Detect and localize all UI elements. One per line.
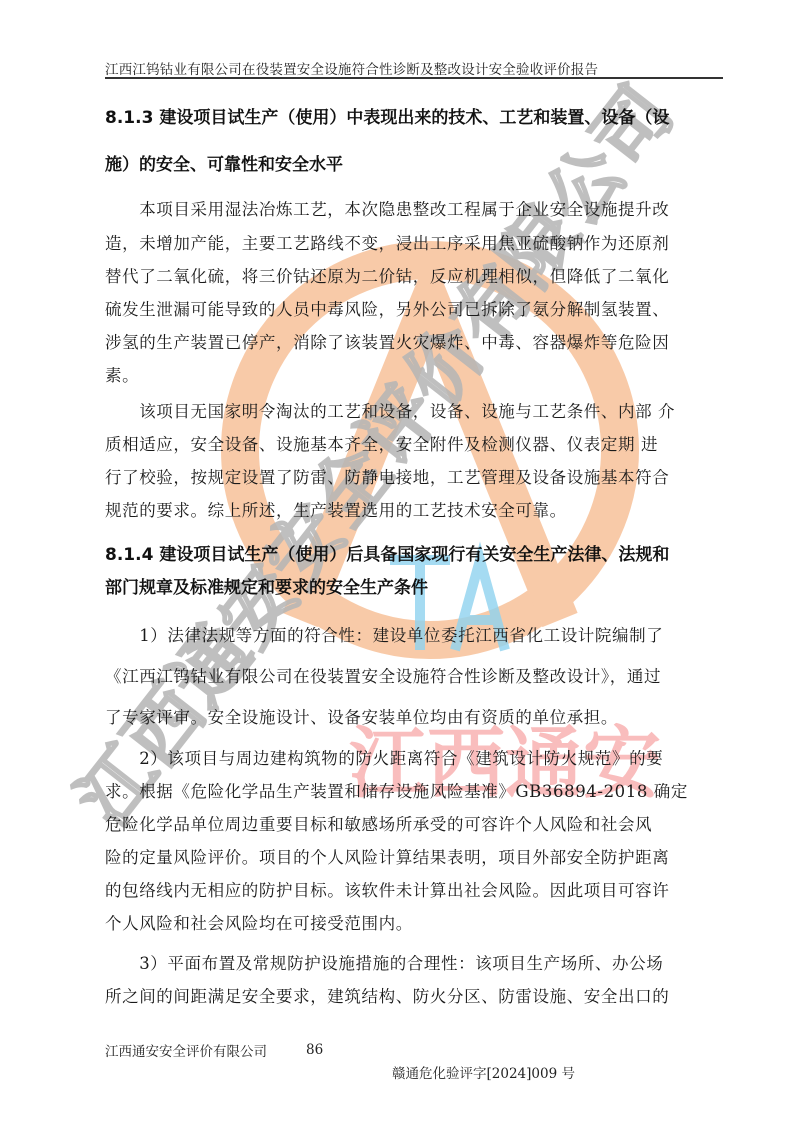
paragraph-line: 替代了二氧化硫，将三价钴还原为二价钴，反应机理相似，但降低了二氧化 — [105, 263, 725, 287]
document-page: 江西通安 江西通安安全评价有限公司 江西江钨钴业有限公司在役装置安全设施符合性诊… — [0, 0, 800, 1131]
section-813-heading-line-2: 施）的安全、可靠性和安全水平 — [105, 150, 725, 175]
running-header: 江西江钨钴业有限公司在役装置安全设施符合性诊断及整改设计安全验收评价报告 — [105, 58, 723, 78]
list-item-line: 《江西江钨钴业有限公司在役装置安全设施符合性诊断及整改设计》，通过 — [105, 663, 725, 687]
list-item-line: 险的定量风险评价。项目的个人风险计算结果表明，项目外部安全防护距离 — [105, 844, 725, 868]
list-item-line: 3）平面布置及常规防护设施措施的合理性：该项目生产场所、办公场 — [105, 950, 725, 974]
page-content: 江西江钨钴业有限公司在役装置安全设施符合性诊断及整改设计安全验收评价报告 8.1… — [0, 0, 800, 1131]
paragraph-line: 硫发生泄漏可能导致的人员中毒风险，另外公司已拆除了氨分解制氢装置、 — [105, 296, 725, 320]
section-814-heading-line-2: 部门规章及标准规定和要求的安全生产条件 — [105, 573, 725, 598]
list-item-line: 1）法律法规等方面的符合性：建设单位委托江西省化工设计院编制了 — [105, 622, 725, 646]
list-item-line: 所之间的间距满足安全要求，建筑结构、防火分区、防雷设施、安全出口的 — [105, 983, 725, 1007]
list-item-line: 求。根据《危险化学品生产装置和储存设施风险基准》GB36894-2018 确定 — [105, 778, 725, 802]
paragraph-line: 质相适应，安全设备、设施基本齐全，安全附件及检测仪器、仪表定期 进 — [105, 431, 725, 455]
footer-doc-number: 赣通危化验评字[2024]009 号 — [392, 1062, 575, 1082]
list-item-line: 的包络线内无相应的防护目标。该软件未计算出社会风险。因此项目可容许 — [105, 877, 725, 901]
section-814-heading-line-1: 8.1.4 建设项目试生产（使用）后具备国家现行有关安全生产法律、法规和 — [105, 540, 725, 565]
header-divider — [105, 77, 723, 79]
paragraph-line: 行了校验，按规定设置了防雷、防静电接地，工艺管理及设备设施基本符合 — [105, 464, 725, 488]
list-item-line: 了专家评审。安全设施设计、设备安装单位均由有资质的单位承担。 — [105, 704, 725, 728]
paragraph-line: 本项目采用湿法冶炼工艺，本次隐患整改工程属于企业安全设施提升改 — [105, 196, 725, 220]
list-item-line: 危险化学品单位周边重要目标和敏感场所承受的可容许个人风险和社会风 — [105, 811, 725, 835]
list-item-line: 2）该项目与周边建构筑物的防火距离符合《建筑设计防火规范》的要 — [105, 745, 725, 769]
page-number: 86 — [306, 1042, 323, 1058]
paragraph-line: 该项目无国家明令淘汰的工艺和设备，设备、设施与工艺条件、内部 介 — [105, 398, 725, 422]
paragraph-line: 素。 — [105, 362, 725, 386]
paragraph-line: 规范的要求。综上所述，生产装置选用的工艺技术安全可靠。 — [105, 497, 725, 521]
section-813-heading-line-1: 8.1.3 建设项目试生产（使用）中表现出来的技术、工艺和装置、设备（设 — [105, 103, 725, 128]
paragraph-line: 涉氢的生产装置已停产，消除了该装置火灾爆炸、中毒、容器爆炸等危险因 — [105, 329, 725, 353]
list-item-line: 个人风险和社会风险均在可接受范围内。 — [105, 910, 725, 934]
footer-company: 江西通安安全评价有限公司 — [105, 1040, 267, 1060]
paragraph-line: 造，未增加产能，主要工艺路线不变，浸出工序采用焦亚硫酸钠作为还原剂 — [105, 230, 725, 254]
